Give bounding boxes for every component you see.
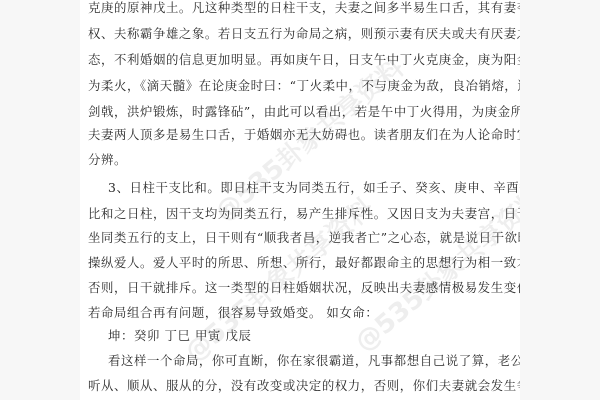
- paragraph-line: 权、夫称霸争雄之象。若日支五行为命局之病，则预示妻有厌夫或夫有厌妻之心: [88, 27, 518, 41]
- document-page: 克庚的原神戊土。凡这种类型的日柱干支，夫妻之间多半易生口舌，其有妻夺夫 权、夫称…: [80, 0, 520, 400]
- paragraph-line: 操纵爱人。爱人平时的所思、所想、所行，最好都跟命主的思想行为相一致才好，: [88, 256, 518, 270]
- paragraph-line: 为柔火，《滴天髓》在论庚金时曰：“丁火柔中，不与庚金为敌，良冶销熔，遂成: [88, 79, 518, 93]
- paragraph-line: 态，不利婚姻的信息更加明显。再如庚午日，日支午中丁火克庚金，庚为阳金，丁: [88, 53, 518, 67]
- paragraph-line: 看这样一个命局，你可直断，你在家很霸道，凡事都想自己说了算，老公只有: [108, 354, 520, 368]
- paragraph-line: 分辨。: [88, 153, 518, 167]
- paragraph-line: 否则，日干就排斥。这一类型的日柱婚姻状况，反映出夫妻感情极易发生变化。倘: [88, 281, 518, 295]
- paragraph-line: 坐同类五行的支上，日干则有“顺我者昌，逆我者亡”之心态，就是说日干欲时刻: [88, 231, 518, 245]
- section-heading-line: 3、日柱干支比和。即日柱干支为同类五行，如壬子、癸亥、庚申、辛酉等等。: [108, 181, 520, 195]
- paragraph-line: 夫妻两人顶多是易生口舌，于婚姻亦无大妨碍也。读者朋友们在为人论命时宜仔细: [88, 128, 518, 142]
- paragraph-line: 若命局组合再有问题，很容易导致婚变。 如女命：: [88, 306, 518, 320]
- paragraph-line: 听从、顺从、服从的分，没有改变或决定的权力，否则，你们夫妻就会发生争执口: [88, 379, 518, 393]
- paragraph-line: 剑戟，洪炉锻炼，时露锋砧”，由此可以看出，若是午中丁火得用，为庚金所喜，: [88, 105, 518, 119]
- bazi-chart-line: 坤：癸卯 丁巳 甲寅 戊辰: [108, 329, 520, 343]
- paragraph-line: 克庚的原神戊土。凡这种类型的日柱干支，夫妻之间多半易生口舌，其有妻夺夫: [88, 1, 518, 15]
- paragraph-line: 比和之日柱，因干支均为同类五行，易产生排斥性。又因日支为夫妻宫，日干五行: [88, 207, 518, 221]
